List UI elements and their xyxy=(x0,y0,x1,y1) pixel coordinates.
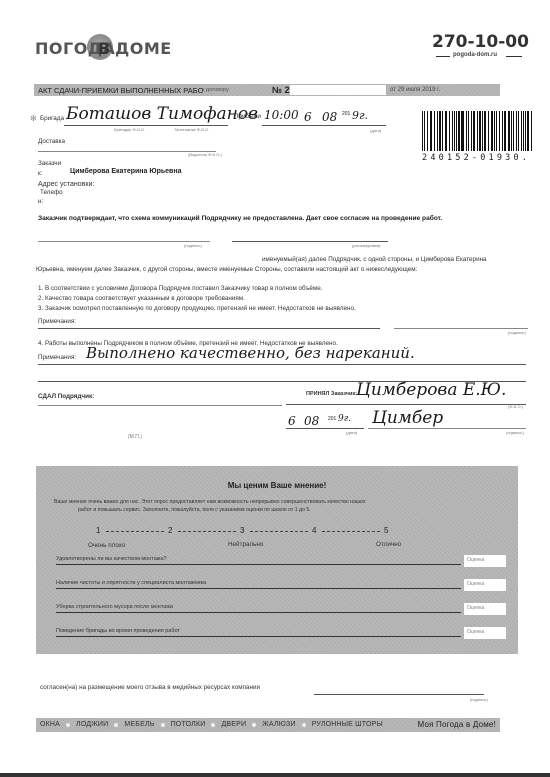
footer-bar: ОКНАЛОДЖИИМЕБЕЛЬПОТОЛКИДВЕРИЖАЛЮЗИРУЛОНН… xyxy=(36,718,500,732)
notes-label: Примечания: xyxy=(38,318,76,325)
scale-dash xyxy=(106,531,164,532)
survey-question: Поведение бригады во время проведения ра… xyxy=(56,628,180,634)
intro-line-1: именуемый(ая) далее Подрядчик, с одной с… xyxy=(262,256,487,263)
delivery-label: Доставка xyxy=(38,138,65,145)
contract-number-label: № 2 xyxy=(272,85,290,95)
intro-line-2: Юрьевна, именуем далее Заказчик, с друго… xyxy=(36,266,417,273)
bullet-dot-icon xyxy=(114,723,118,727)
accepted-sig-caption: (подпись) xyxy=(506,430,524,435)
consent-text: Заказчик подтверждает, что схема коммуни… xyxy=(38,215,442,222)
arrived-month: 08 xyxy=(322,110,337,124)
arrived-day: 6 xyxy=(304,110,312,124)
customer-name: Цимберова Екатерина Юрьевна xyxy=(70,168,181,175)
bullet-mark: ✻ xyxy=(30,114,37,123)
notes-label-2: Примечания: xyxy=(38,354,76,361)
body-item: 2. Качество товара соответствует указанн… xyxy=(38,295,245,302)
notes-handwritten: Выполнено качественно, без нареканий. xyxy=(86,344,415,362)
notes-sig-caption: (подпись) xyxy=(508,330,526,335)
logo-text-right: ДОМЕ xyxy=(115,39,172,58)
customer-signature: Цимбер xyxy=(372,408,443,428)
consent-sig-caption: (подпись) xyxy=(184,243,202,248)
footer-category: РУЛОННЫЕ ШТОРЫ xyxy=(312,721,383,728)
arrived-year-hand: 9г. xyxy=(352,109,368,122)
media-consent-sig-caption: (подпись) xyxy=(470,697,488,702)
scale-value: 4 xyxy=(312,526,316,535)
arrived-label: Прибыли xyxy=(234,113,261,120)
contract-date: от 29 июля 2019 г. xyxy=(390,87,440,93)
scale-value: 1 xyxy=(96,526,100,535)
footer-category: ЖАЛЮЗИ xyxy=(262,721,295,728)
footer-category: ДВЕРИ xyxy=(221,721,246,728)
barcode-number: 240152-01930. xyxy=(422,153,530,163)
scale-value: 5 xyxy=(384,526,388,535)
accepted-year-hand: 9г. xyxy=(338,414,351,424)
rating-input[interactable]: Оценка xyxy=(464,603,506,615)
survey-answer-line xyxy=(56,636,461,637)
logo-text-mid: В xyxy=(98,39,111,58)
scale-high-label: Отлично xyxy=(376,541,401,548)
page-bottom-edge xyxy=(0,773,550,777)
scale-dash xyxy=(250,531,308,532)
rating-input[interactable]: Оценка xyxy=(464,627,506,639)
act-title: АКТ СДАЧИ-ПРИЕМКИ ВЫПОЛНЕННЫХ РАБО xyxy=(38,86,203,95)
brigade-label: Бригада xyxy=(40,115,64,122)
footer-category: МЕБЕЛЬ xyxy=(124,721,154,728)
survey-question: Уборка строительного мусора после монтаж… xyxy=(56,604,173,610)
accepted-name-hand: Цимберова Е.Ю. xyxy=(356,380,506,400)
survey-intro-2: работ и повышать сервис. Заполните, пожа… xyxy=(78,507,311,513)
footer-category: ОКНА xyxy=(40,721,60,728)
bullet-dot-icon xyxy=(302,723,306,727)
phone-label-2: н: xyxy=(38,198,43,205)
scale-dash xyxy=(322,531,380,532)
scale-mid-label: Нейтрально xyxy=(228,541,263,548)
survey-question: Удовлетворены ли вы качеством монтажа? xyxy=(56,556,167,562)
footer-category: ЛОДЖИИ xyxy=(76,721,108,728)
scale-value: 3 xyxy=(240,526,244,535)
arrived-time: 10:00 xyxy=(264,108,299,122)
accepted-date-caption: (дата) xyxy=(346,430,357,435)
customer-label-1: Заказчи xyxy=(38,160,61,167)
accepted-label: ПРИНЯЛ Заказчик: xyxy=(306,391,357,397)
act-title-bar: АКТ СДАЧИ-ПРИЕМКИ ВЫПОЛНЕННЫХ РАБО к дог… xyxy=(34,84,500,96)
arrived-date-caption: (дата) xyxy=(370,128,381,133)
address-label: Адрес установки: xyxy=(38,181,94,188)
bullet-dot-icon xyxy=(66,723,70,727)
survey-answer-line xyxy=(56,588,461,589)
footer-categories: ОКНАЛОДЖИИМЕБЕЛЬПОТОЛКИДВЕРИЖАЛЮЗИРУЛОНН… xyxy=(40,721,383,728)
website-row: pogoda-dom.ru xyxy=(436,52,524,60)
handed-label: СДАЛ Подрядчик: xyxy=(38,393,94,400)
rating-scale: 12345 xyxy=(96,526,396,536)
bullet-dot-icon xyxy=(161,723,165,727)
barcode xyxy=(422,111,532,151)
survey-answer-line xyxy=(56,564,461,565)
survey-title: Мы ценим Ваше мнение! xyxy=(36,481,518,490)
media-consent-text: согласен(на) на размещение моего отзыва … xyxy=(40,684,260,691)
rating-input[interactable]: Оценка xyxy=(464,579,506,591)
driver-caption: (Водитель Ф.И.О.) xyxy=(188,152,222,157)
body-item: 1. В соответствии с условиями Договора П… xyxy=(38,285,322,292)
body-item: 3. Заказчик осмотрел поставленную по дог… xyxy=(38,305,356,312)
stamp-caption: (М.П.) xyxy=(128,434,142,440)
scale-dash xyxy=(178,531,236,532)
survey-answer-line xyxy=(56,612,461,613)
footer-category: ПОТОЛКИ xyxy=(171,721,206,728)
footer-slogan: Моя Погода в Доме! xyxy=(417,720,496,729)
scale-low-label: Очень плохо xyxy=(88,542,125,549)
phone-label-1: Телефо xyxy=(40,189,63,196)
foreman-caption: Бригадир Ф.И.О. xyxy=(114,127,145,132)
installer-caption: Монтажник Ф.И.О. xyxy=(175,127,209,132)
accepted-month: 08 xyxy=(304,414,319,428)
contract-label: к договору xyxy=(202,87,229,93)
rating-input[interactable]: Оценка xyxy=(464,555,506,567)
bullet-dot-icon xyxy=(252,723,256,727)
consent-decode-caption: (расшифровка) xyxy=(352,243,380,248)
scale-value: 2 xyxy=(168,526,172,535)
survey-question: Наличие чистоты и опрятности у специалис… xyxy=(56,580,206,586)
redacted-number xyxy=(290,85,386,95)
survey-block: Мы ценим Ваше мнение! Ваше мнение очень … xyxy=(36,466,518,654)
company-logo: ПОГОДА В ДОМЕ xyxy=(35,34,175,64)
bullet-dot-icon xyxy=(211,723,215,727)
company-phone: 270-10-00 xyxy=(432,32,529,52)
customer-label-2: к: xyxy=(38,170,43,177)
brigade-handwritten: Боташов Тимофанов xyxy=(66,104,258,124)
company-website: pogoda-dom.ru xyxy=(453,52,497,58)
survey-intro-1: Ваше мнение очень важно для нас. Этот оп… xyxy=(54,499,366,505)
accepted-year-prefix: 201 xyxy=(328,416,336,422)
arrived-year-prefix: 201 xyxy=(342,111,350,117)
fio-caption: (Ф.И.О.) xyxy=(508,404,523,409)
accepted-day: 6 xyxy=(288,414,296,428)
